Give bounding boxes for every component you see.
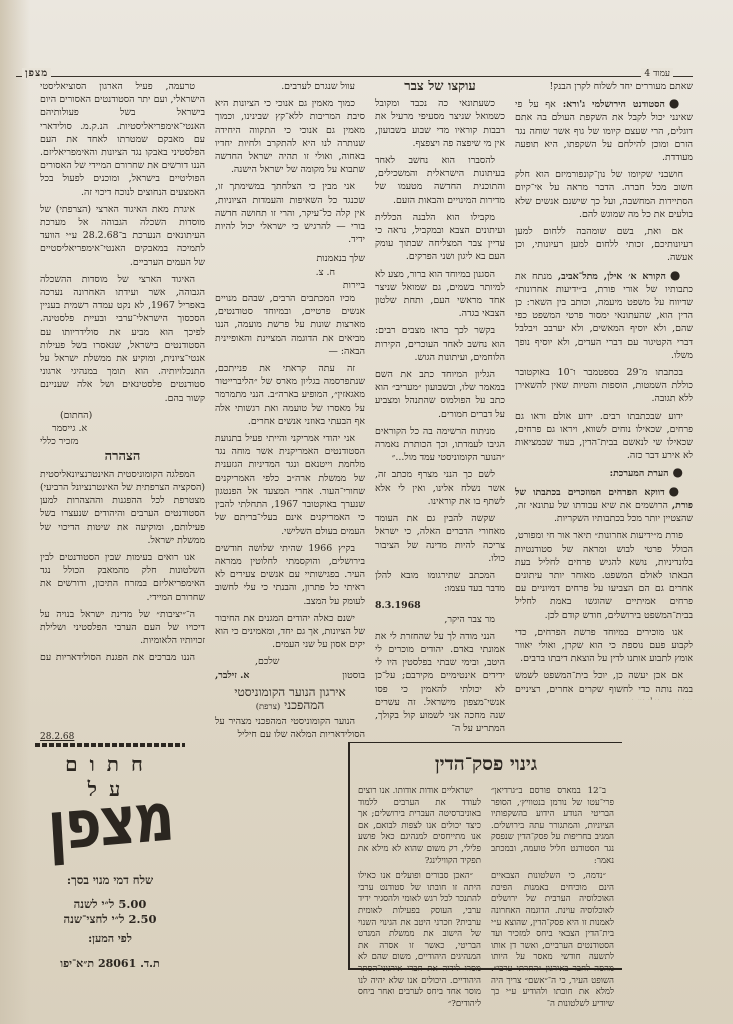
article-paragraph: בקשר לכך בראו מצבים רבים: הוא נחשב לאחד … xyxy=(375,324,505,364)
declaration-paragraph: המפלגה הקומוניסטית האינטרנציונאליסטית (ה… xyxy=(40,468,205,547)
reader-letter-item: הקורא א׳ אילן, מתל־אביב, מנתח את כתבותיו… xyxy=(515,269,693,362)
signer-1: ח. צ. xyxy=(215,266,365,279)
signature-label: (החתום) xyxy=(40,409,205,422)
article-paragraph: שקשה להבין גם את העומד מאחורי הדברים האל… xyxy=(375,512,505,565)
reader-letter-item: דווקא הפרחים המוזכרים בכתבתו של פורת, הר… xyxy=(515,485,693,526)
ad-send-line: שלח דמי מנוי בסך: xyxy=(45,873,175,887)
article-paragraph: להסברו הוא נחשב לאחד בעיתונות הישראלית ו… xyxy=(375,154,505,207)
signer-title: מזכיר כללי xyxy=(40,435,205,448)
article-paragraph: לשם כך הנני מצרף מכתב זה, אשר נשלח אלינו… xyxy=(375,468,505,508)
city-2: בוסטון xyxy=(342,669,365,682)
col1-intro: שאתם מעוררים יחד לשלוח לקרן הבנק! xyxy=(515,80,693,93)
boxed-paragraph: ישראליים אודות אודותו. אנו רוצים לעודד א… xyxy=(358,786,481,867)
signer: א. גייסמר xyxy=(40,422,205,435)
reader-letter-text: בכתבתו מ־29 בספטמבר ו־10 באוקטובר כוללת … xyxy=(515,367,693,404)
org-text: הנוער הקומוניסטי המהפכני מצהיר על הסוליד… xyxy=(215,715,365,741)
signoff-1: שלך בנאמנות xyxy=(215,252,365,265)
declaration-paragraph: אנו רואים בעימות שבין הסטודנטים לבין השל… xyxy=(40,551,205,604)
letter-paragraph: אני מבין כי הצלחתך במשימתך זו, שכנגד כל … xyxy=(215,180,365,246)
reader-letter-text: אם אכן יעשה כן, יוכל בית־המשפט לשמש במה … xyxy=(515,670,693,700)
letter-paragraph: כמוך מאמין גם אנוכי כי הציונות היא סיבת … xyxy=(215,97,365,176)
signer-2: א. זילבר, xyxy=(215,669,249,682)
reader-letter-item: הסטודנט הירושלמי ג'ורא: אף על פי שאינני … xyxy=(515,97,693,164)
declaration-paragraph: ה־״יציבות״ של מדינת ישראל בנויה על דיכוי… xyxy=(40,608,205,648)
reader-letter-item: בכתבתו מ־29 בספטמבר ו־10 באוקטובר כוללת … xyxy=(515,366,693,406)
article-paragraph: כשעתונאי כה נכבד ומקובל כשמואל שניצר מסע… xyxy=(375,97,505,150)
article-paragraph: מר צבר היקר, xyxy=(375,613,505,626)
column-statements: טרעמה, פעיל הארגון הסוציאליסטי הישראלי, … xyxy=(40,80,205,660)
ad-price-half: 2.50 ל״י לחצי־שנה xyxy=(45,912,175,926)
signer-row: בוסטון א. זילבר, xyxy=(215,669,365,682)
boxed-article-title: גינוי פסק־הדין xyxy=(358,753,614,776)
article-paragraph: הנני מודה לך על שהחזרת לי את אמונתי באדם… xyxy=(375,630,505,736)
masthead-small: מצפן xyxy=(22,68,51,79)
declaration-title: הצהרה xyxy=(40,450,205,463)
reader-letter-text: ידוע שבכתבתו רבים. ידוע אולם וראו גם פרח… xyxy=(515,411,693,462)
article-paragraph: הסגנון במיוחד הוא ברור, מצע לא למיותר בש… xyxy=(375,268,505,321)
letter-paragraph: ישנם כאלה יהודים המגנים את החיבור של הצי… xyxy=(215,612,365,652)
letter-intro: המכתב שתירגומו מובא להלן מדבר בעד עצמו: xyxy=(375,569,505,595)
statement-paragraph: איגרת מאת האיגוד הארצי (הצרפתי) של מוסדו… xyxy=(40,203,205,269)
reader-letter-text: פורת מ״ידיעות אחרונות״ תיאר אור חי ומפור… xyxy=(515,530,693,620)
letter-paragraph: בקיץ 1966 שהיתי שלושה חודשים בירושלים, ו… xyxy=(215,542,365,608)
date-stamp: 28.2.68 xyxy=(40,732,74,742)
reader-letter-item: אם ואת, בשם שומהבה ללחום למען רעיונותיכם… xyxy=(515,225,693,265)
declaration-paragraph: הננו מברכים את הפגנת הסולידאריות עם חילי… xyxy=(40,651,205,660)
letter-paragraph: עוול שנגרם לערבים. xyxy=(215,80,365,93)
reader-letter-text: חושבני שקיומו של נון־קונפורמיזם הוא חלק … xyxy=(515,169,693,220)
dashed-rule xyxy=(35,743,185,747)
city-1: ביירות xyxy=(215,279,365,292)
column-readers-letters: שאתם מעוררים יחד לשלוח לקרן הבנק! הסטודנ… xyxy=(515,80,693,700)
statement-paragraph: האיגוד הארצי של מוסדות ההשכלה הגבוהה, אש… xyxy=(40,273,205,405)
ad-price-year: 5.00 ל״י לשנה xyxy=(45,897,175,911)
letter-paragraph: אני יהודי אמריקני והייתי פעיל בתנועת הסט… xyxy=(215,432,365,538)
ad-po-box: ת.ד. 28061 ת״א־יפו xyxy=(45,957,175,970)
column-tzabar-sting: עוקצו של צבר כשעתונאי כה נכבד ומקובל כשמ… xyxy=(375,80,505,760)
closing: שלכם, xyxy=(215,655,365,668)
boxed-paragraph: ״נדמה, כי השלטונות הצבאיים הינם מוכיחים … xyxy=(491,871,614,1010)
reader-letter-item: פורת מ״ידיעות אחרונות״ תיאר אור חי ומפור… xyxy=(515,529,693,621)
boxed-paragraph: ב־12 במארס פורסם ב״גרדיאן״ פרי־עטו של נו… xyxy=(491,786,614,867)
reader-letter-item: הערת המערכת: xyxy=(515,466,693,480)
reader-letter-item: אנו מוכירים במיוחד פרשת הפרחים, כדי לקבו… xyxy=(515,626,693,666)
header-rule xyxy=(16,76,693,77)
reader-letter-text: אם ואת, בשם שומהבה ללחום למען רעיונותיכם… xyxy=(515,226,693,263)
reader-letter-item: אם אכן יעשה כן, יוכל בית־המשפט לשמש במה … xyxy=(515,669,693,700)
boxed-article-right-col: ב־12 במארס פורסם ב״גרדיאן״ פרי־עטו של נו… xyxy=(491,786,614,1014)
reader-letter-item: חושבני שקיומו של נון־קונפורמיזם הוא חלק … xyxy=(515,168,693,221)
boxed-article-left-col: ישראליים אודות אודותו. אנו רוצים לעודד א… xyxy=(358,786,481,1014)
ad-address-label: לפי המען: xyxy=(45,932,175,945)
page-number: עמוד 4 xyxy=(641,68,673,79)
reader-letter-text: אנו מוכירים במיוחד פרשת הפרחים, כדי לקבו… xyxy=(515,627,693,664)
letter-date: 8.3.1968 xyxy=(375,599,505,612)
reader-letter-lead: הקורא א׳ אילן, מתל־אביב, xyxy=(552,271,666,282)
article-paragraph: מקבילו הוא הלבנה הכללית ועיתונים הצבא וב… xyxy=(375,211,505,264)
article-paragraph: מניתוח הרשימה בה כל הקוראים הגיבו לעמדתו… xyxy=(375,425,505,465)
col2-headline: עוקצו של צבר xyxy=(375,80,505,93)
boxed-paragraph: ״האכן סבורים ופועלים אנו כאילו היתה זו ח… xyxy=(358,871,481,1010)
letter-paragraph: זה עתה קראתי את פנייתכם, שנתפרסמה בגליון… xyxy=(215,362,365,428)
reader-letter-lead: הערת המערכת: xyxy=(610,468,669,479)
statement-paragraph: טרעמה, פעיל הארגון הסוציאליסטי הישראלי, … xyxy=(40,80,205,199)
org-title: אירגון הנוער הקומוניסטי המהפכני (צרפת) xyxy=(215,686,365,713)
reader-letter-text: הרושמים את שיא עבודתו של עתונאי זה, שהצט… xyxy=(515,500,693,524)
reader-letter-text: מנתח את כתבותיו של אורי פורת, ב״ידיעות א… xyxy=(515,271,693,361)
column-letters-continued: עוול שנגרם לערבים.כמוך מאמין גם אנוכי כי… xyxy=(215,80,365,1024)
article-paragraph: הגליון המיוחד כתב את השם במאמר שלו, ובשב… xyxy=(375,368,505,421)
ad-logo-matzpen: מצפן xyxy=(38,778,182,868)
reader-letter-lead: הסטודנט הירושלמי ג'ורא: xyxy=(556,99,665,110)
letter-paragraph: מכיו המכתבים הרבים, שבהם מנויים אנשים פר… xyxy=(215,292,365,358)
boxed-article-verdict: גינוי פסק־הדין ב־12 במארס פורסם ב״גרדיאן… xyxy=(348,742,622,970)
reader-letter-item: ידוע שבכתבתו רבים. ידוע אולם וראו גם פרח… xyxy=(515,410,693,463)
